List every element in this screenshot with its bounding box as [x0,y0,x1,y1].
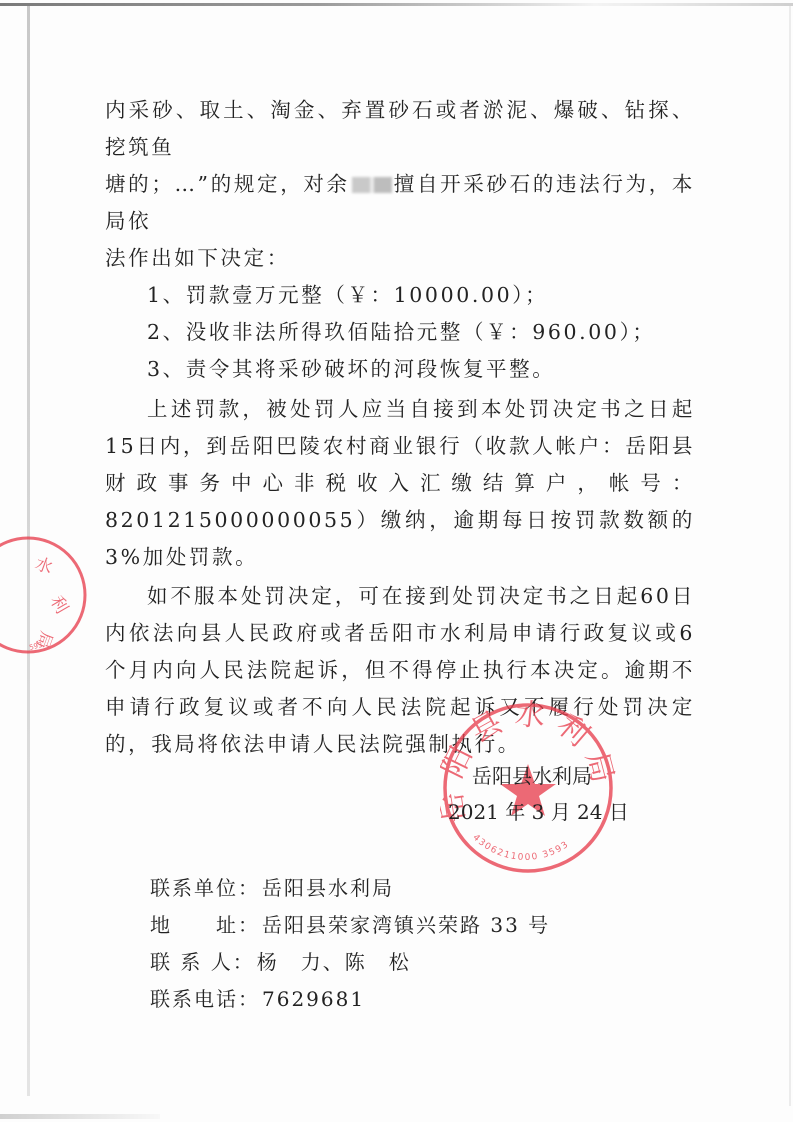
contact-row-phone: 联系电话： 7629681 [150,981,550,1018]
contact-label: 地 址： [150,907,260,944]
contact-value: 7629681 [262,981,365,1018]
contact-label: 联系单位： [150,870,260,907]
document-body: 内采砂、取土、淘金、弃置砂石或者淤泥、爆破、钻探、挖筑鱼 塘的；…”的规定，对余… [105,92,695,763]
scan-border-bottom [0,1114,160,1119]
contact-label: 联 系 人： [150,944,255,981]
signature-organization: 岳阳县水利局 [448,758,629,794]
contact-value: 岳阳县水利局 [262,870,394,907]
decision-item-2: 2、没收非法所得玖佰陆拾元整（￥：960.00）； [105,314,695,351]
payment-paragraph: 上述罚款，被处罚人应当自接到本处罚决定书之日起15日内，到岳阳巴陵农村商业银行（… [105,391,695,576]
contact-row-person: 联 系 人： 杨 力、陈 松 [150,944,550,981]
contact-row-address: 地 址： 岳阳县荣家湾镇兴荣路 33 号 [150,907,550,944]
contact-label: 联系电话： [150,981,260,1018]
scan-border-right [789,6,791,1106]
decision-item-3: 3、责令其将采砂破坏的河段恢复平整。 [105,351,695,388]
redacted-name [352,177,392,193]
partial-official-seal-left: 水 利 局 593 [0,530,88,660]
contact-value: 杨 力、陈 松 [257,944,411,981]
intro-line-3: 法作出如下决定： [105,240,695,277]
intro-line-1: 内采砂、取土、淘金、弃置砂石或者淤泥、爆破、钻探、挖筑鱼 [105,92,695,166]
contact-info: 联系单位： 岳阳县水利局 地 址： 岳阳县荣家湾镇兴荣路 33 号 联 系 人：… [150,870,550,1018]
seal-char: 利 [46,593,72,618]
contact-value: 岳阳县荣家湾镇兴荣路 33 号 [262,907,550,944]
intro-line-2: 塘的；…”的规定，对余擅自开采砂石的违法行为，本局依 [105,166,695,240]
seal-char: 水 [32,554,55,579]
signature-date: 2021 年 3 月 24 日 [448,794,629,830]
intro-text-a: 塘的；…”的规定，对余 [105,172,350,196]
signature-block: 岳阳县水利局 2021 年 3 月 24 日 [448,758,629,830]
decision-item-1: 1、罚款壹万元整（￥：10000.00）； [105,277,695,314]
scan-border-top [0,3,793,6]
